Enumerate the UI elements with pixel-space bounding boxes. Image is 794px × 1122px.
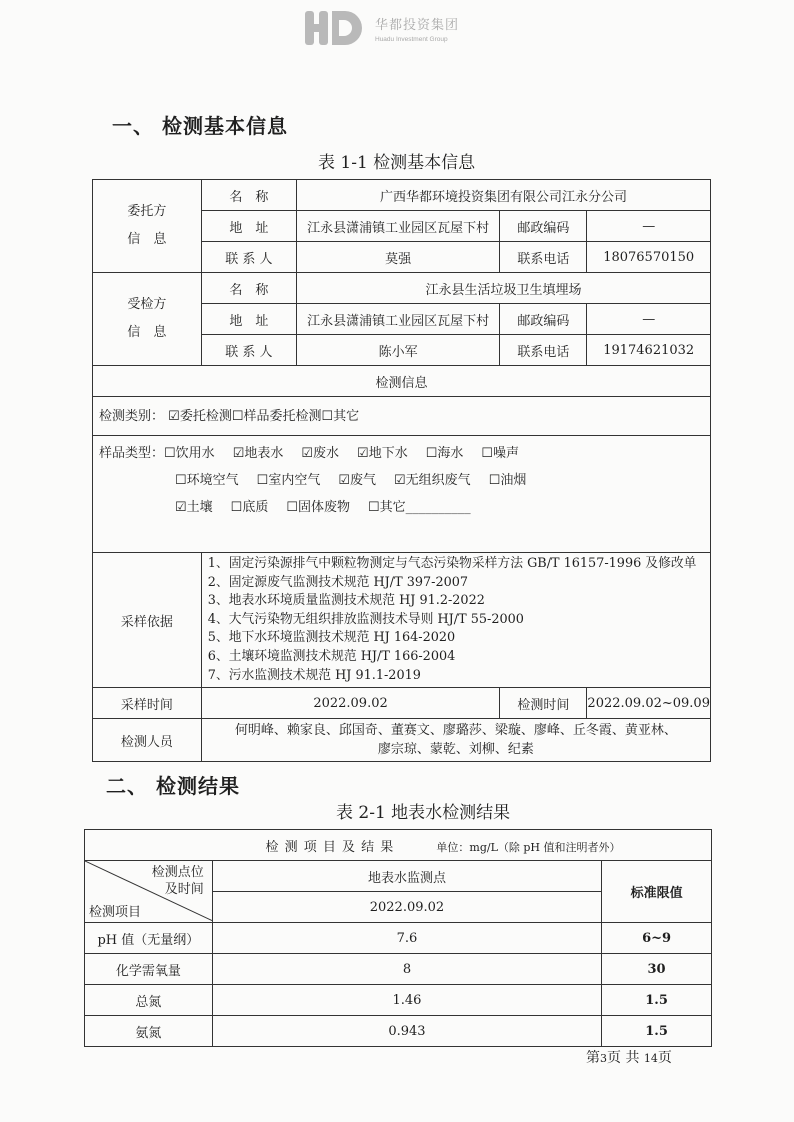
- client-phone: 18076570150: [587, 242, 711, 273]
- inspected-group-label: 受检方 信 息: [93, 273, 202, 366]
- page-prefix: 第: [586, 1050, 600, 1066]
- checkbox-label: 地下水: [369, 446, 408, 461]
- detection-category-label: 检测类别：: [99, 409, 164, 424]
- logo-company-cn: 华都投资集团: [375, 14, 459, 33]
- limit-header: 标准限值: [602, 861, 712, 923]
- surface-water-results-table: 检 测 项 目 及 结 果 单位：mg/L（除 pH 值和注明者外） 检测点位及…: [84, 829, 712, 1047]
- sample-types-line-3: ☑土壤☐底质☐固体废物☐其它__________: [99, 494, 704, 521]
- result-limit: 30: [602, 954, 712, 985]
- result-value: 0.943: [212, 1016, 601, 1047]
- page-total: 14: [644, 1052, 658, 1065]
- sampling-time-label: 采样时间: [93, 688, 202, 719]
- section2-heading: 二、 检测结果: [106, 770, 240, 799]
- checkbox-option[interactable]: ☑废水: [301, 446, 339, 461]
- result-value: 8: [212, 954, 601, 985]
- sampling-basis-item: 1、固定污染源排气中颗粒物测定与气态污染物采样方法 GB/T 16157-199…: [208, 555, 704, 574]
- client-contact: 莫强: [296, 242, 499, 273]
- checked-box-icon: ☑: [338, 473, 350, 488]
- checkbox-label: 无组织废气: [406, 473, 471, 488]
- checkbox-label: 固体废物: [298, 500, 350, 515]
- checkbox-option[interactable]: ☐噪声: [481, 446, 519, 461]
- client-phone-label: 联系电话: [500, 242, 587, 273]
- section1-heading: 一、 检测基本信息: [112, 110, 288, 139]
- results-unit: 单位：mg/L（除 pH 值和注明者外）: [436, 841, 620, 854]
- inspected-address: 江永县潇浦镇工业园区瓦屋下村: [296, 304, 499, 335]
- corner-item-label: 检测项目: [89, 901, 141, 920]
- logo-company-en: Huadu Investment Group: [375, 36, 459, 43]
- inspected-label-line2: 信 息: [93, 319, 201, 347]
- sampling-basis-item: 5、地下水环境监测技术规范 HJ 164-2020: [208, 629, 704, 648]
- checkbox-label: 海水: [437, 446, 463, 461]
- sampling-basis-item: 7、污水监测技术规范 HJ 91.1-2019: [208, 667, 704, 686]
- checkbox-label: 样品委托检测: [243, 409, 321, 424]
- corner-header-cell: 检测点位及时间 检测项目: [85, 861, 213, 923]
- checkbox-option[interactable]: ☐环境空气: [175, 473, 239, 488]
- unchecked-box-icon: ☐: [426, 446, 438, 461]
- checkbox-label: 其它: [333, 409, 359, 424]
- unchecked-box-icon: ☐: [232, 409, 244, 424]
- checkbox-label: 底质: [242, 500, 268, 515]
- checkbox-option[interactable]: ☐室内空气: [257, 473, 321, 488]
- sampling-basis-list: 1、固定污染源排气中颗粒物测定与气态污染物采样方法 GB/T 16157-199…: [201, 553, 710, 688]
- client-name-label: 名 称: [201, 180, 296, 211]
- client-contact-label: 联 系 人: [201, 242, 296, 273]
- checked-box-icon: ☑: [394, 473, 406, 488]
- sample-types-row: 样品类型：☐饮用水☑地表水☑废水☑地下水☐海水☐噪声 ☐环境空气☐室内空气☑废气…: [93, 436, 711, 553]
- result-item: 总氮: [85, 985, 213, 1016]
- table2-caption: 表 2-1 地表水检测结果: [336, 798, 510, 823]
- client-address-label: 地 址: [201, 211, 296, 242]
- client-label-line1: 委托方: [93, 198, 201, 226]
- site-header: 地表水监测点: [212, 861, 601, 892]
- checkbox-label: 其它__________: [380, 500, 471, 515]
- checkbox-option[interactable]: ☐饮用水: [164, 446, 215, 461]
- corner-site-label: 检测点位: [152, 864, 204, 881]
- unchecked-box-icon: ☐: [322, 409, 334, 424]
- checkbox-label: 饮用水: [176, 446, 215, 461]
- result-limit: 1.5: [602, 1016, 712, 1047]
- table-row: 总氮1.461.5: [85, 985, 712, 1016]
- inspected-phone-label: 联系电话: [500, 335, 587, 366]
- unchecked-box-icon: ☐: [231, 500, 243, 515]
- checkbox-option[interactable]: ☑土壤: [175, 500, 213, 515]
- client-label-line2: 信 息: [93, 226, 201, 254]
- unchecked-box-icon: ☐: [164, 446, 176, 461]
- sampling-basis-item: 6、土壤环境监测技术规范 HJ/T 166-2004: [208, 648, 704, 667]
- inspected-name: 江永县生活垃圾卫生填埋场: [296, 273, 710, 304]
- client-name: 广西华都环境投资集团有限公司江永分公司: [296, 180, 710, 211]
- unchecked-box-icon: ☐: [257, 473, 269, 488]
- seal-stamp-fragment: [772, 462, 794, 612]
- unchecked-box-icon: ☐: [368, 500, 380, 515]
- page-suffix: 页: [658, 1050, 672, 1066]
- checked-box-icon: ☑: [233, 446, 245, 461]
- sampling-time: 2022.09.02: [201, 688, 500, 719]
- inspected-name-label: 名 称: [201, 273, 296, 304]
- table1-caption: 表 1-1 检测基本信息: [318, 148, 475, 173]
- sample-types-line-1: ☐饮用水☑地表水☑废水☑地下水☐海水☐噪声: [164, 446, 537, 461]
- detection-category-options: ☑委托检测☐样品委托检测☐其它: [168, 409, 359, 424]
- result-item: pH 值（无量纲）: [85, 923, 213, 954]
- checkbox-option[interactable]: ☐样品委托检测: [232, 409, 322, 424]
- result-value: 1.46: [212, 985, 601, 1016]
- unchecked-box-icon: ☐: [481, 446, 493, 461]
- client-postcode: —: [587, 211, 711, 242]
- personnel-names: 何明峰、赖家良、邱国奇、董赛文、廖璐莎、梁璇、廖峰、丘冬霞、黄亚林、 廖宗琼、蒙…: [201, 719, 710, 762]
- sampling-basis-item: 4、大气污染物无组织排放监测技术导则 HJ/T 55-2000: [208, 611, 704, 630]
- basic-info-table: 委托方 信 息 名 称 广西华都环境投资集团有限公司江永分公司 地 址 江永县潇…: [92, 179, 711, 762]
- page-mid: 页 共: [607, 1050, 644, 1066]
- client-address: 江永县潇浦镇工业园区瓦屋下村: [296, 211, 499, 242]
- checkbox-option[interactable]: ☑地下水: [357, 446, 408, 461]
- page-number: 第3页 共 14页: [586, 1047, 672, 1067]
- checkbox-label: 废气: [350, 473, 376, 488]
- result-limit: 6~9: [602, 923, 712, 954]
- checkbox-option[interactable]: ☐底质: [231, 500, 269, 515]
- checkbox-label: 油烟: [500, 473, 526, 488]
- checkbox-option[interactable]: ☐固体废物: [286, 500, 350, 515]
- results-title: 检 测 项 目 及 结 果: [265, 840, 394, 855]
- inspected-contact: 陈小军: [296, 335, 499, 366]
- table-row: 化学需氧量830: [85, 954, 712, 985]
- result-limit: 1.5: [602, 985, 712, 1016]
- checked-box-icon: ☑: [357, 446, 369, 461]
- checkbox-label: 土壤: [187, 500, 213, 515]
- hd-logo-icon: [305, 11, 363, 45]
- sampling-basis-item: 2、固定源废气监测技术规范 HJ/T 397-2007: [208, 574, 704, 593]
- inspected-postcode: —: [587, 304, 711, 335]
- result-item: 氨氮: [85, 1016, 213, 1047]
- inspected-address-label: 地 址: [201, 304, 296, 335]
- unchecked-box-icon: ☐: [286, 500, 298, 515]
- inspected-postcode-label: 邮政编码: [500, 304, 587, 335]
- detection-category-row: 检测类别： ☑委托检测☐样品委托检测☐其它: [93, 397, 711, 436]
- company-logo: 华都投资集团 Huadu Investment Group: [305, 10, 459, 46]
- checkbox-option[interactable]: ☐油烟: [489, 473, 527, 488]
- checkbox-label: 环境空气: [187, 473, 239, 488]
- result-item: 化学需氧量: [85, 954, 213, 985]
- detection-info-title: 检测信息: [93, 366, 711, 397]
- corner-time-label: 及时间: [152, 881, 204, 898]
- sample-types-label: 样品类型：: [99, 446, 164, 461]
- unchecked-box-icon: ☐: [489, 473, 501, 488]
- sampling-basis-item: 3、地表水环境质量监测技术规范 HJ 91.2-2022: [208, 592, 704, 611]
- checked-box-icon: ☑: [301, 446, 313, 461]
- checked-box-icon: ☑: [168, 409, 180, 424]
- checkbox-option[interactable]: ☐其它: [322, 409, 360, 424]
- detection-time-label: 检测时间: [500, 688, 587, 719]
- checkbox-option[interactable]: ☑废气: [338, 473, 376, 488]
- checkbox-option[interactable]: ☑委托检测: [168, 409, 232, 424]
- inspected-phone: 19174621032: [587, 335, 711, 366]
- results-title-row: 检 测 项 目 及 结 果 单位：mg/L（除 pH 值和注明者外）: [85, 830, 712, 861]
- checkbox-label: 噪声: [493, 446, 519, 461]
- date-header: 2022.09.02: [212, 892, 601, 923]
- client-postcode-label: 邮政编码: [500, 211, 587, 242]
- sampling-basis-label: 采样依据: [93, 553, 202, 688]
- personnel-label: 检测人员: [93, 719, 202, 762]
- table-row: 氨氮0.9431.5: [85, 1016, 712, 1047]
- checkbox-label: 室内空气: [268, 473, 320, 488]
- client-group-label: 委托方 信 息: [93, 180, 202, 273]
- checkbox-label: 地表水: [244, 446, 283, 461]
- checkbox-option[interactable]: ☑地表水: [233, 446, 284, 461]
- personnel-line-1: 何明峰、赖家良、邱国奇、董赛文、廖璐莎、梁璇、廖峰、丘冬霞、黄亚林、: [206, 721, 706, 740]
- unchecked-box-icon: ☐: [175, 473, 187, 488]
- sample-types-line-2: ☐环境空气☐室内空气☑废气☑无组织废气☐油烟: [99, 467, 704, 494]
- checkbox-label: 废水: [313, 446, 339, 461]
- checkbox-option[interactable]: ☐其它__________: [368, 500, 471, 515]
- table-row: pH 值（无量纲）7.66~9: [85, 923, 712, 954]
- inspected-contact-label: 联 系 人: [201, 335, 296, 366]
- checkbox-option[interactable]: ☑无组织废气: [394, 473, 471, 488]
- result-value: 7.6: [212, 923, 601, 954]
- checkbox-label: 委托检测: [180, 409, 232, 424]
- detection-time: 2022.09.02~09.09: [587, 688, 711, 719]
- inspected-label-line1: 受检方: [93, 291, 201, 319]
- checkbox-option[interactable]: ☐海水: [426, 446, 464, 461]
- personnel-line-2: 廖宗琼、蒙乾、刘柳、纪素: [206, 740, 706, 759]
- page-current: 3: [600, 1052, 607, 1065]
- checked-box-icon: ☑: [175, 500, 187, 515]
